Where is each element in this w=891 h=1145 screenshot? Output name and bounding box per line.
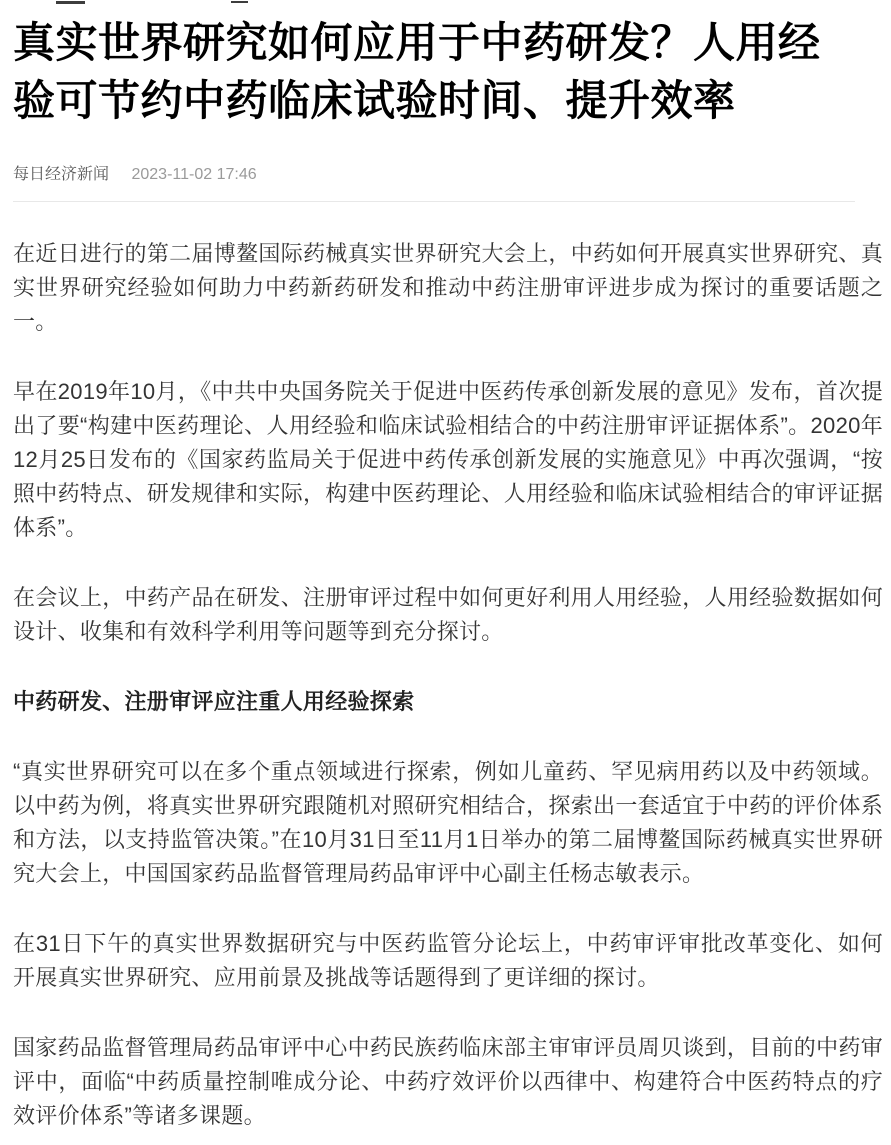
article-body: 在近日进行的第二届博鳌国际药械真实世界研究大会上，中药如何开展真实世界研究、真实…	[13, 237, 883, 1133]
source-name: 每日经济新闻	[13, 166, 109, 183]
publish-timestamp: 2023-11-02 17:46	[131, 166, 256, 183]
byline: 每日经济新闻 2023-11-02 17:46	[13, 165, 883, 185]
article-paragraph: “真实世界研究可以在多个重点领域进行探索，例如儿童药、罕见病用药以及中药领域。以…	[13, 755, 883, 891]
clipped-content-artifact	[231, 1, 248, 3]
article-paragraph: 在近日进行的第二届博鳌国际药械真实世界研究大会上，中药如何开展真实世界研究、真实…	[13, 237, 883, 339]
article-page: 真实世界研究如何应用于中药研发？人用经验可节约中药临床试验时间、提升效率 每日经…	[0, 14, 891, 1133]
article-paragraph: 早在2019年10月，《中共中央国务院关于促进中医药传承创新发展的意见》发布，首…	[13, 375, 883, 545]
section-subheading: 中药研发、注册审评应注重人用经验探索	[13, 685, 883, 719]
clipped-content-artifact	[56, 1, 85, 4]
article-paragraph: 在会议上，中药产品在研发、注册审评过程中如何更好利用人用经验，人用经验数据如何设…	[13, 581, 883, 649]
article-title: 真实世界研究如何应用于中药研发？人用经验可节约中药临床试验时间、提升效率	[13, 14, 849, 130]
article-paragraph: 国家药品监督管理局药品审评中心中药民族药临床部主审审评员周贝谈到，目前的中药审评…	[13, 1031, 883, 1133]
header-divider	[13, 201, 855, 202]
article-paragraph: 在31日下午的真实世界数据研究与中医药监管分论坛上，中药审评审批改革变化、如何开…	[13, 927, 883, 995]
